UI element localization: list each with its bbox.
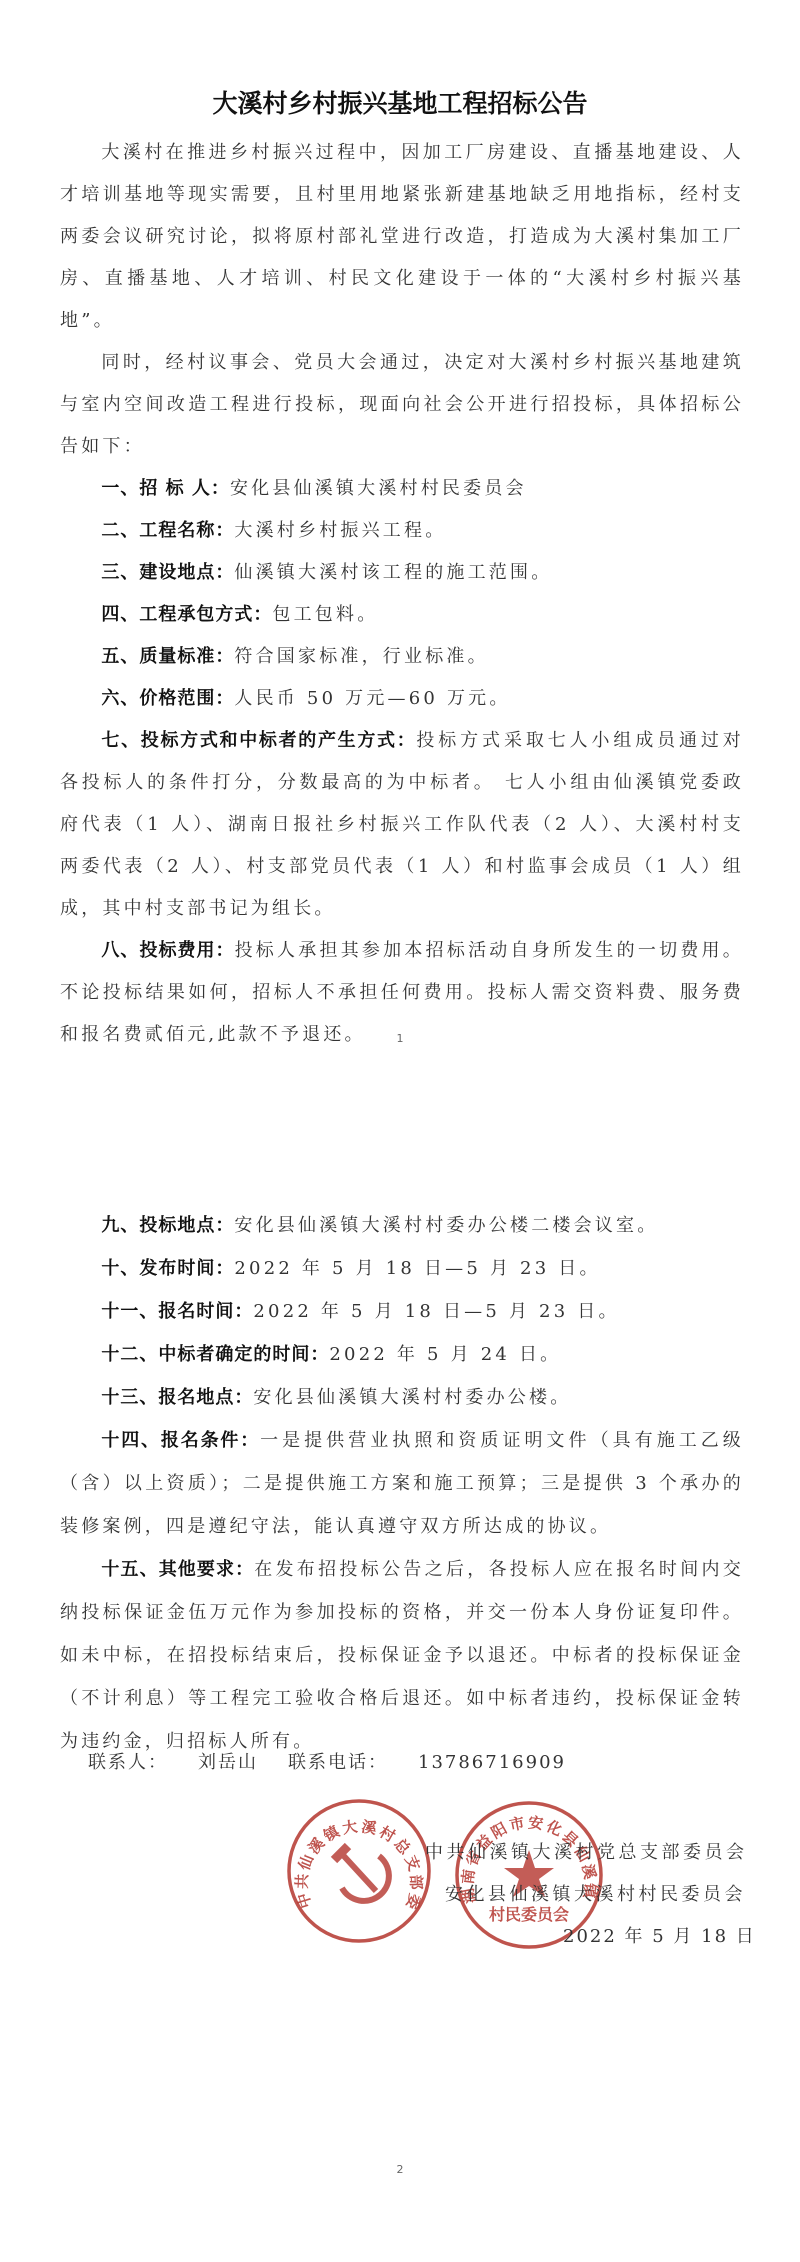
item-bid-location: 九、投标地点：安化县仙溪镇大溪村村委办公楼二楼会议室。	[60, 1204, 744, 1247]
item-registration-conditions: 十四、报名条件：一是提供营业执照和资质证明文件（具有施工乙级（含）以上资质）；二…	[60, 1419, 744, 1548]
village-seal-bottom-text: 村民委员会	[489, 1905, 569, 1924]
page-1-body: 大溪村在推进乡村振兴过程中，因加工厂房建设、直播基地建设、人才培训基地等现实需要…	[60, 132, 744, 1056]
item-project-name: 二、工程名称：大溪村乡村振兴工程。	[60, 510, 744, 552]
page-2-body: 九、投标地点：安化县仙溪镇大溪村村委办公楼二楼会议室。 十、发布时间：2022 …	[60, 1204, 744, 1763]
item-price-range: 六、价格范围：人民币 50 万元—60 万元。	[60, 678, 744, 720]
contact-line: 联系人：刘岳山联系电话：13786716909	[88, 1748, 566, 1774]
svg-text:中共仙溪镇大溪村总支部委员会: 中共仙溪镇大溪村总支部委员会	[284, 1796, 425, 1911]
item-registration-location: 十三、报名地点：安化县仙溪镇大溪村村委办公楼。	[60, 1376, 744, 1419]
item-quality-standard: 五、质量标准：符合国家标准，行业标准。	[60, 636, 744, 678]
item-other-requirements: 十五、其他要求：在发布招投标公告之后，各投标人应在报名时间内交纳投标保证金伍万元…	[60, 1548, 744, 1763]
item-tenderer: 一、招 标 人：安化县仙溪镇大溪村村民委员会	[60, 468, 744, 510]
intro-paragraph: 同时，经村议事会、党员大会通过，决定对大溪村乡村振兴基地建筑与室内空间改造工程进…	[60, 342, 744, 468]
signature-party-branch: 中共仙溪镇大溪村党总支部委员会	[425, 1838, 748, 1864]
page-number-1: 1	[0, 1032, 800, 1045]
item-bidding-method: 七、投标方式和中标者的产生方式：投标方式采取七人小组成员通过对各投标人的条件打分…	[60, 720, 744, 930]
item-location: 三、建设地点：仙溪镇大溪村该工程的施工范围。	[60, 552, 744, 594]
document-title: 大溪村乡村振兴基地工程招标公告	[0, 84, 800, 120]
intro-paragraph: 大溪村在推进乡村振兴过程中，因加工厂房建设、直播基地建设、人才培训基地等现实需要…	[60, 132, 744, 342]
signature-date: 2022 年 5 月 18 日	[563, 1922, 756, 1948]
contact-phone: 联系电话：13786716909	[288, 1752, 566, 1773]
item-award-time: 十二、中标者确定的时间：2022 年 5 月 24 日。	[60, 1333, 744, 1376]
party-seal-text: 中共仙溪镇大溪村总支部委员会	[284, 1796, 425, 1911]
party-branch-seal: 中共仙溪镇大溪村总支部委员会	[284, 1796, 434, 1946]
hammer-and-sickle-icon	[334, 1846, 389, 1901]
item-registration-time: 十一、报名时间：2022 年 5 月 18 日—5 月 23 日。	[60, 1290, 744, 1333]
page-number-2: 2	[0, 2163, 800, 2176]
item-publish-time: 十、发布时间：2022 年 5 月 18 日—5 月 23 日。	[60, 1247, 744, 1290]
item-contract-method: 四、工程承包方式：包工包料。	[60, 594, 744, 636]
signature-village-committee: 安化县仙溪镇大溪村村民委员会	[445, 1880, 746, 1906]
contact-person: 联系人：刘岳山	[88, 1752, 258, 1773]
